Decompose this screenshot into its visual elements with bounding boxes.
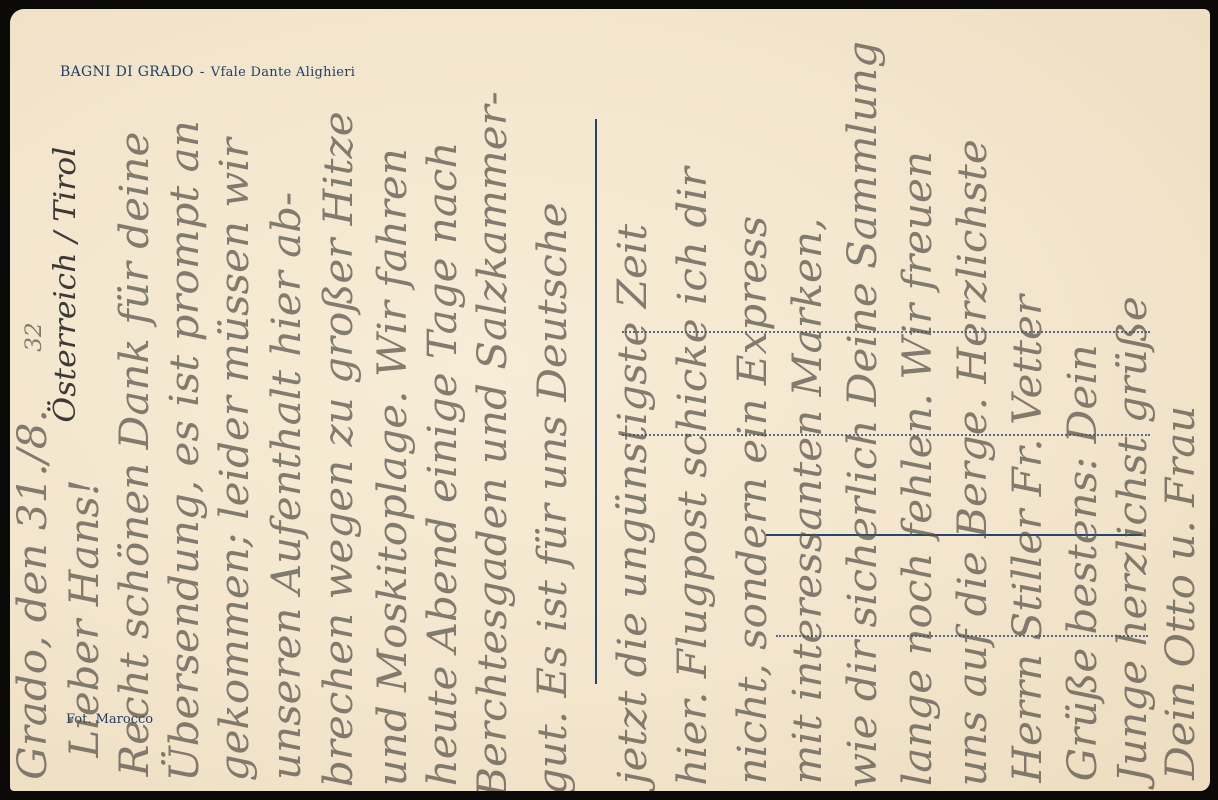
handwriting-line: Grüße bestens: Dein bbox=[1060, 344, 1106, 781]
address-line-1 bbox=[622, 331, 1150, 333]
handwriting-line: Dein Otto u. Frau bbox=[1158, 406, 1204, 780]
address-line-4 bbox=[776, 635, 1148, 637]
place-name: BAGNI DI GRADO bbox=[60, 64, 194, 80]
street-name: Vfale Dante Alighieri bbox=[211, 65, 355, 80]
handwriting-line: hier. Flugpost schicke ich dir bbox=[670, 167, 716, 785]
printed-header: BAGNI DI GRADO-Vfale Dante Alighieri bbox=[60, 64, 355, 80]
handwriting-line: gekommen; leider müssen wir bbox=[212, 138, 258, 781]
handwriting-line: und Moskitoplage. Wir fahren bbox=[370, 148, 416, 786]
handwriting-line: brechen wegen zu großer Hitze bbox=[316, 111, 362, 787]
handwriting-line: gut. Es ist für uns Deutsche bbox=[530, 202, 576, 791]
header-separator: - bbox=[200, 64, 205, 80]
handwriting-line: wie dir sicherlich Deine Sammlung bbox=[840, 41, 886, 789]
handwriting-line: Junge herzlichst grüße bbox=[1110, 296, 1156, 782]
handwriting-line: mit interessanten Marken, bbox=[785, 218, 831, 785]
handwriting-line: jetzt die ungünstigste Zeit bbox=[610, 224, 656, 784]
handwriting-line: nicht, sondern ein Express bbox=[730, 216, 776, 785]
annotation-country: Österreich / Tirol bbox=[48, 147, 83, 423]
handwriting-line: Berchtesgaden und Salzkammer- bbox=[470, 91, 516, 791]
handwriting-line: Herrn Stiller Fr. Vetter bbox=[1005, 295, 1051, 783]
photo-credit: Fot. Marocco bbox=[66, 712, 153, 727]
handwriting-layer: Österreich / Tirol 32 Grado, den 31./8. … bbox=[10, 9, 1210, 791]
address-line-2 bbox=[622, 434, 1150, 436]
handwriting-line: Grado, den 31./8. bbox=[10, 409, 56, 780]
postcard-back: BAGNI DI GRADO-Vfale Dante Alighieri Fot… bbox=[10, 9, 1210, 791]
address-line-3 bbox=[766, 534, 1142, 536]
handwriting-line: unseren Aufenthalt hier ab- bbox=[264, 192, 310, 780]
center-divider-line bbox=[595, 119, 597, 684]
handwriting-line: Übersendung, es ist prompt an bbox=[162, 120, 208, 782]
handwriting-line: lange noch fehlen. Wir freuen bbox=[895, 151, 941, 786]
handwriting-line: uns auf die Berge. Herzlichste bbox=[950, 139, 996, 786]
annotation-date: 32 bbox=[22, 322, 47, 351]
handwriting-line: Recht schönen Dank für deine bbox=[112, 132, 158, 777]
handwriting-line: heute Abend einige Tage nach bbox=[420, 142, 466, 787]
